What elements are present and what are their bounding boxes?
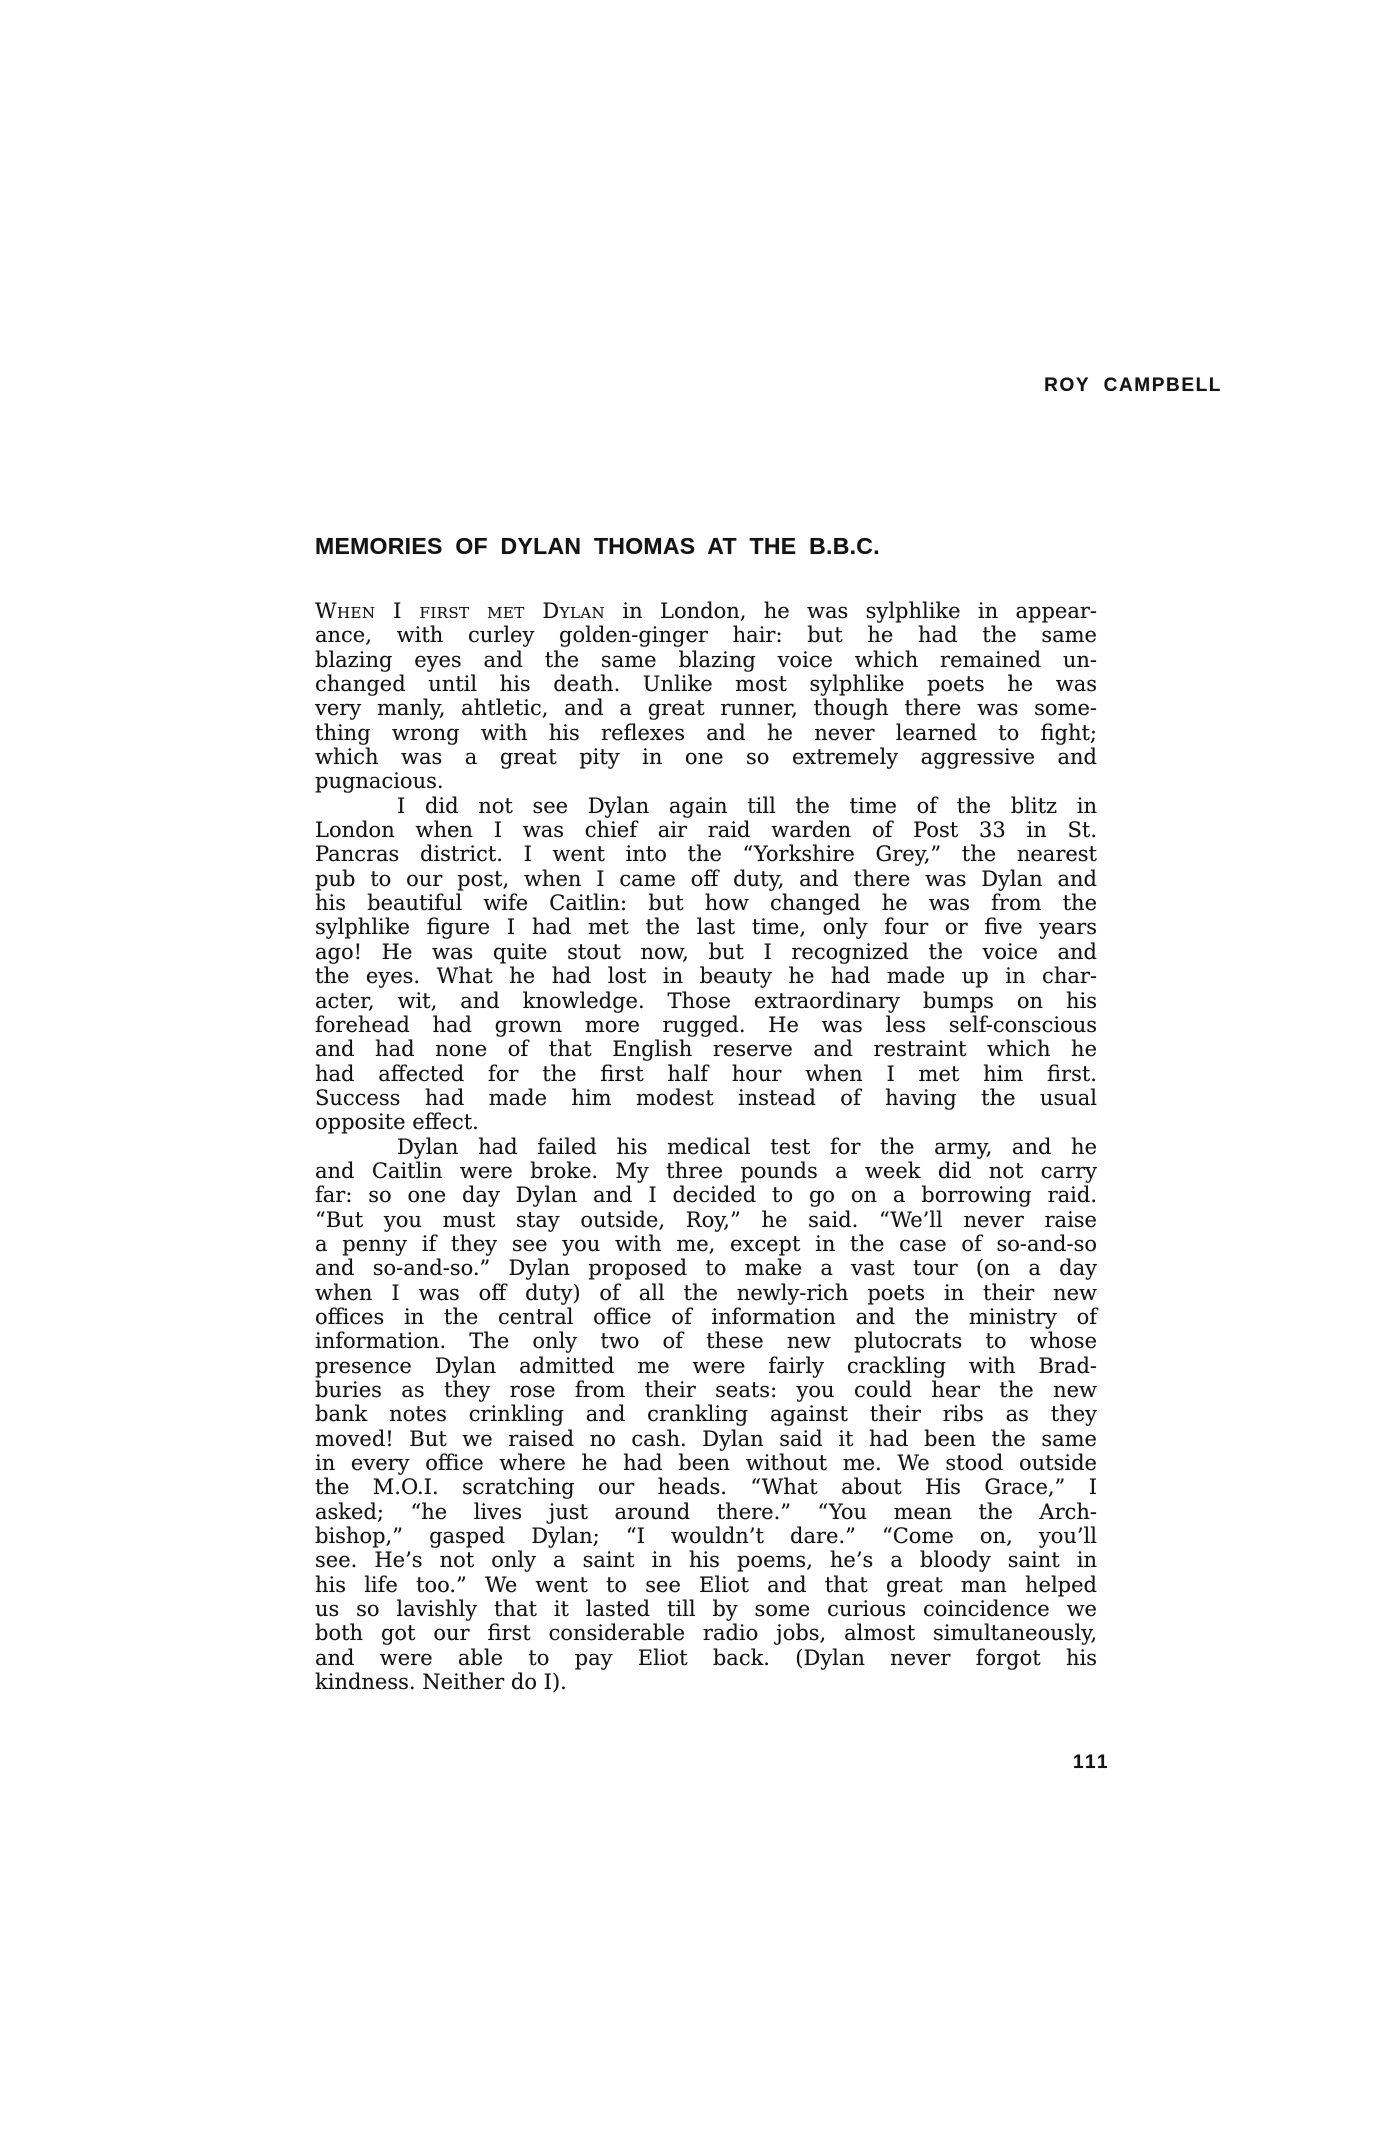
paragraph: I did not see Dylan again till the time … [315, 794, 1097, 1135]
text-line: I did not see Dylan again till the time … [315, 794, 1097, 818]
text-line: bank notes crinkling and crankling again… [315, 1402, 1097, 1426]
text-line: sylphlike figure I had met the last time… [315, 915, 1097, 939]
text-line: buries as they rose from their seats: yo… [315, 1378, 1097, 1402]
text-line: the M.O.I. scratching our heads. “What a… [315, 1475, 1097, 1499]
text-line: kindness. Neither do I). [315, 1670, 1097, 1694]
text-line: his life too.” We went to see Eliot and … [315, 1573, 1097, 1597]
text-line: his beautiful wife Caitlin: but how chan… [315, 891, 1097, 915]
text-line: London when I was chief air raid warden … [315, 818, 1097, 842]
text-line: Success had made him modest instead of h… [315, 1086, 1097, 1110]
text-line: ago! He was quite stout now, but I recog… [315, 940, 1097, 964]
text-line: pugnacious. [315, 769, 1097, 793]
text-line: thing wrong with his reflexes and he nev… [315, 721, 1097, 745]
text-line: ance, with curley golden-ginger hair: bu… [315, 623, 1097, 647]
paragraph: Dylan had failed his medical test for th… [315, 1135, 1097, 1695]
text-line: offices in the central office of informa… [315, 1305, 1097, 1329]
text-line: in every office where he had been withou… [315, 1451, 1097, 1475]
text-line: and so-and-so.” Dylan proposed to make a… [315, 1256, 1097, 1280]
text-line: information. The only two of these new p… [315, 1329, 1097, 1353]
text-line: far: so one day Dylan and I decided to g… [315, 1183, 1097, 1207]
text-line: “But you must stay outside, Roy,” he sai… [315, 1208, 1097, 1232]
text-line: when I was off duty) of all the newly-ri… [315, 1281, 1097, 1305]
text-line: Pancras district. I went into the “Yorks… [315, 842, 1097, 866]
text-line: acter, wit, and knowledge. Those extraor… [315, 989, 1097, 1013]
text-line: us so lavishly that it lasted till by so… [315, 1597, 1097, 1621]
text-line: opposite effect. [315, 1110, 1097, 1134]
text-line: moved! But we raised no cash. Dylan said… [315, 1427, 1097, 1451]
text-line: both got our first considerable radio jo… [315, 1621, 1097, 1645]
text-line: and had none of that English reserve and… [315, 1037, 1097, 1061]
text-line: see. He’s not only a saint in his poems,… [315, 1548, 1097, 1572]
text-line: asked; “he lives just around there.” “Yo… [315, 1500, 1097, 1524]
text-line: the eyes. What he had lost in beauty he … [315, 964, 1097, 988]
running-head-author: ROY CAMPBELL [1044, 375, 1222, 397]
text-line: blazing eyes and the same blazing voice … [315, 648, 1097, 672]
text-line: bishop,” gasped Dylan; “I wouldn’t dare.… [315, 1524, 1097, 1548]
article-body: When I first met Dylan in London, he was… [315, 599, 1097, 1694]
text-line: very manly, ahtletic, and a great runner… [315, 696, 1097, 720]
text-line: pub to our post, when I came off duty, a… [315, 867, 1097, 891]
text-line: had affected for the first half hour whe… [315, 1062, 1097, 1086]
paragraph: When I first met Dylan in London, he was… [315, 599, 1097, 794]
text-line: changed until his death. Unlike most syl… [315, 672, 1097, 696]
document-page: ROY CAMPBELL MEMORIES OF DYLAN THOMAS AT… [0, 0, 1400, 2154]
page-number: 111 [1073, 1752, 1110, 1774]
article-title: MEMORIES OF DYLAN THOMAS AT THE B.B.C. [315, 533, 880, 560]
text-line: presence Dylan admitted me were fairly c… [315, 1354, 1097, 1378]
text-line: a penny if they see you with me, except … [315, 1232, 1097, 1256]
text-line: When I first met Dylan in London, he was… [315, 599, 1097, 623]
text-line: and Caitlin were broke. My three pounds … [315, 1159, 1097, 1183]
text-line: forehead had grown more rugged. He was l… [315, 1013, 1097, 1037]
small-caps-lead: When I first met Dylan [315, 599, 605, 623]
text-line: which was a great pity in one so extreme… [315, 745, 1097, 769]
text-line: Dylan had failed his medical test for th… [315, 1135, 1097, 1159]
text-line: and were able to pay Eliot back. (Dylan … [315, 1646, 1097, 1670]
